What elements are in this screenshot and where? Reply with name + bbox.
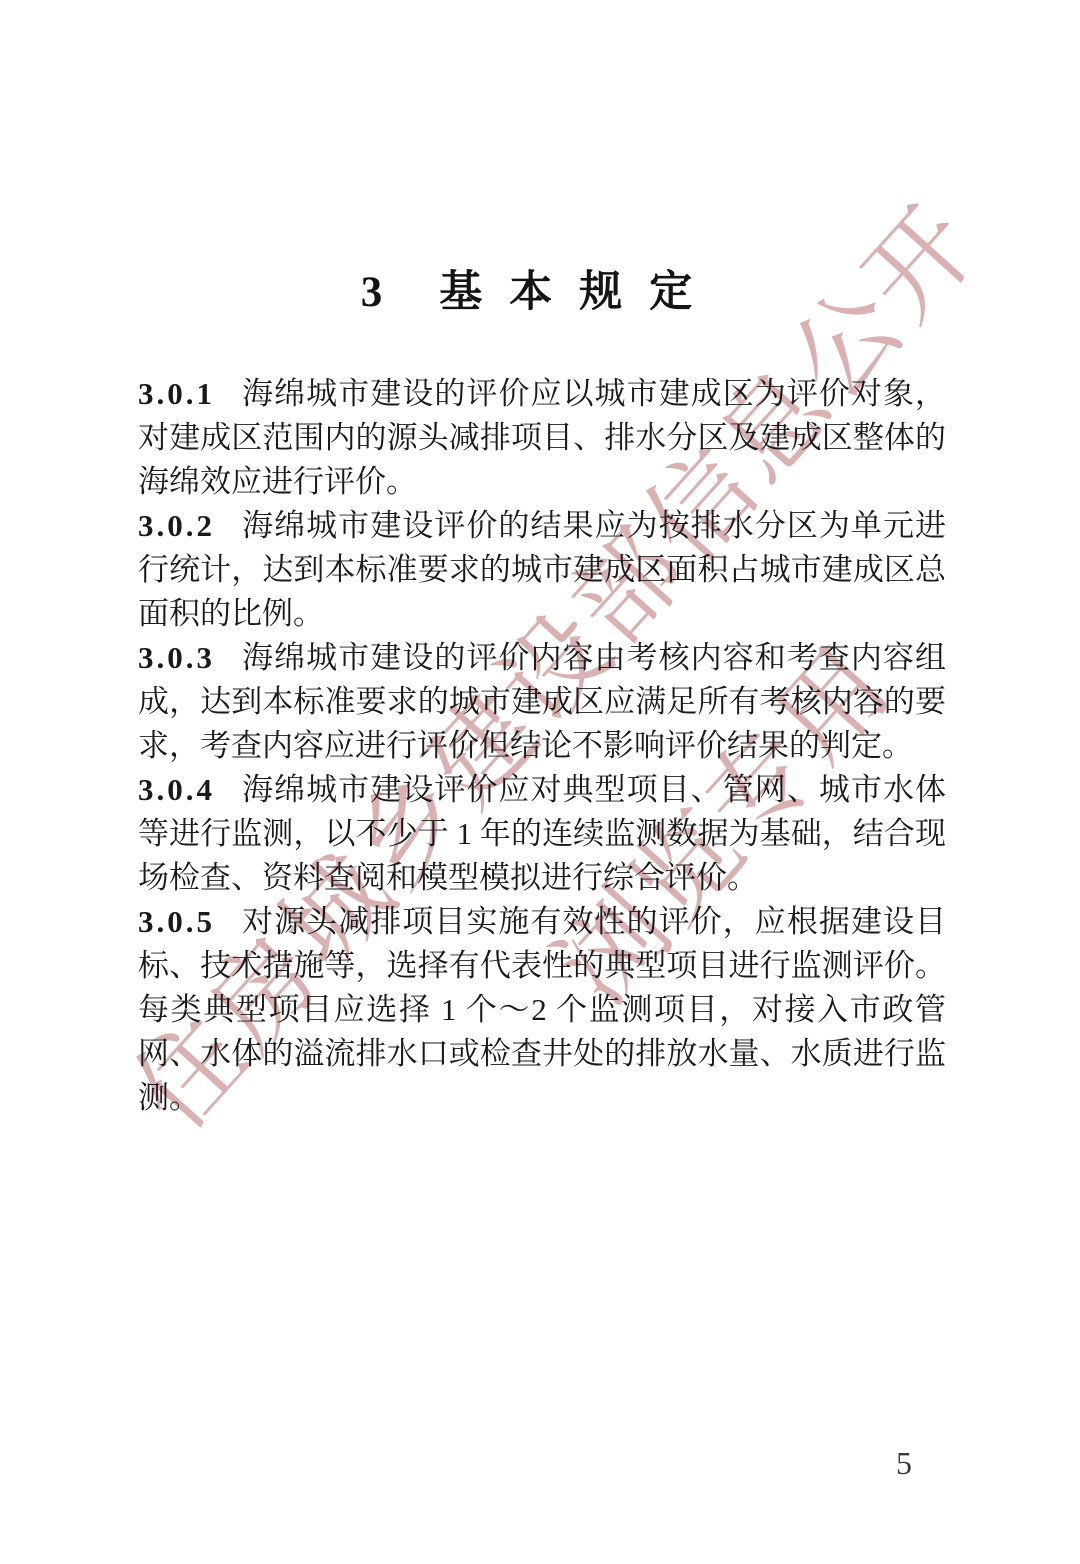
clause-number: 3.0.1 bbox=[138, 376, 215, 411]
clause-3-0-4: 3.0.4海绵城市建设评价应对典型项目、管网、城市水体等进行监测，以不少于 1 … bbox=[138, 768, 946, 900]
clause-number: 3.0.5 bbox=[138, 904, 215, 939]
clause-number: 3.0.4 bbox=[138, 772, 215, 807]
clause-3-0-2: 3.0.2海绵城市建设评价的结果应为按排水分区为单元进行统计，达到本标准要求的城… bbox=[138, 504, 946, 636]
document-page: 住房城乡建设部信息公开 浏览专用 3基本规定 3.0.1海绵城市建设的评价应以城… bbox=[0, 0, 1080, 1564]
clause-3-0-3: 3.0.3海绵城市建设的评价内容由考核内容和考查内容组成，达到本标准要求的城市建… bbox=[138, 636, 946, 768]
clause-3-0-1: 3.0.1海绵城市建设的评价应以城市建成区为评价对象，对建成区范围内的源头减排项… bbox=[138, 372, 946, 504]
clause-text: 海绵城市建设的评价内容由考核内容和考查内容组成，达到本标准要求的城市建成区应满足… bbox=[138, 640, 946, 763]
clause-text: 海绵城市建设的评价应以城市建成区为评价对象，对建成区范围内的源头减排项目、排水分… bbox=[138, 376, 946, 499]
clause-3-0-5: 3.0.5对源头减排项目实施有效性的评价，应根据建设目标、技术措施等，选择有代表… bbox=[138, 900, 946, 1120]
chapter-heading: 3基本规定 bbox=[0, 258, 1080, 319]
clause-text: 对源头减排项目实施有效性的评价，应根据建设目标、技术措施等，选择有代表性的典型项… bbox=[138, 904, 946, 1115]
page-number: 5 bbox=[896, 1445, 912, 1482]
clause-text: 海绵城市建设评价应对典型项目、管网、城市水体等进行监测，以不少于 1 年的连续监… bbox=[138, 772, 946, 895]
clause-list: 3.0.1海绵城市建设的评价应以城市建成区为评价对象，对建成区范围内的源头减排项… bbox=[138, 372, 946, 1120]
chapter-title: 基本规定 bbox=[412, 269, 719, 316]
clause-text: 海绵城市建设评价的结果应为按排水分区为单元进行统计，达到本标准要求的城市建成区面… bbox=[138, 508, 946, 631]
clause-number: 3.0.3 bbox=[138, 640, 215, 675]
chapter-number: 3 bbox=[361, 269, 383, 316]
clause-number: 3.0.2 bbox=[138, 508, 215, 543]
